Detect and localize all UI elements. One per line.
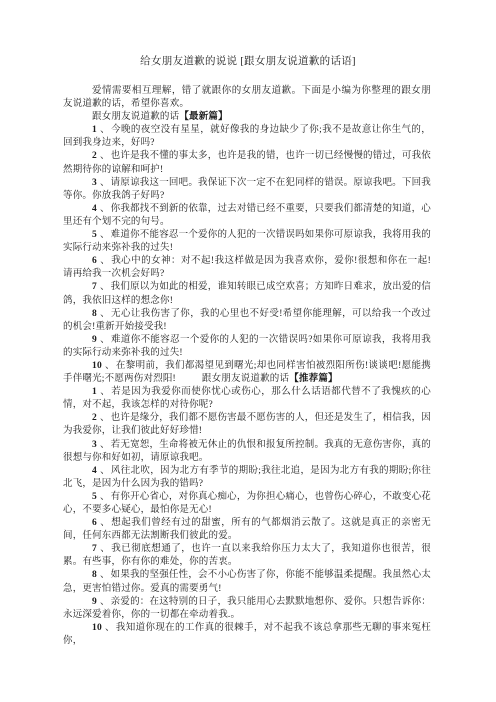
apology-item: 2、也许是我不懂的事太多，也许是我的错，也许一切已经慢慢的错过，可我依然期待你的… [63, 150, 431, 176]
item-text: 我知道你现在的工作真的很棘手，对不起我不该总拿那些无聊的事来冤枉你， [63, 623, 431, 646]
item-number: 7 [92, 544, 100, 554]
item-separator: 、 [100, 597, 111, 607]
item-number: 9 [92, 335, 100, 345]
section-heading-tag: 【推荐篇】 [289, 374, 338, 384]
apology-item: 10、在黎明前，我们都渴望见到曙光;却也同样害怕被烈阳所伤!谈谈吧!愿能携手伴曙… [63, 360, 431, 386]
section-heading-tag: 【最新篇】 [179, 112, 228, 122]
apology-item: 7、我们原以为如此的相爱，谁知转眼已成空欢喜；方知昨日难求，放出爱的信鸽，我依旧… [63, 281, 431, 307]
item-separator: 、 [100, 440, 111, 450]
item-number: 8 [92, 570, 100, 580]
document-page: 给女朋友道歉的说说 [跟女朋友说道歉的话语] 爱情需要相互理解，错了就跟你的女朋… [0, 0, 496, 702]
item-text: 请原谅我这一回吧。我保证下次一定不在犯同样的错误。原谅我吧。下回我等你。你放我鸽… [63, 178, 431, 201]
item-separator: 、 [100, 282, 111, 292]
item-separator: 、 [100, 413, 111, 423]
item-text: 若是因为我爱你而使你忧心或伤心，那么什么话语都代替不了我愧疚的心情，对不起，我该… [63, 387, 431, 410]
item-text: 我已彻底想通了，也许一直以来我给你压力太大了，我知道你也很苦，很累。有些事，你有… [63, 544, 431, 567]
item-number: 3 [92, 440, 100, 450]
item-number: 8 [92, 309, 100, 319]
item-text: 也许是缘分，我们都不愿伤害最不愿伤害的人，但还是发生了，相信我，因为我爱你，让我… [63, 413, 431, 436]
apology-item: 4、风往北吹，因为北方有季节的期盼;我往北追，是因为北方有我的期盼;你往北飞，是… [63, 465, 431, 491]
item-number: 6 [92, 256, 100, 266]
apology-item: 7、我已彻底想通了，也许一直以来我给你压力太大了，我知道你也很苦，很累。有些事，… [63, 543, 431, 569]
item-text: 难道你不能容忍一个爱你的人犯的一次错误吗如果你可原谅我，我将用我的实际行动来弥补… [63, 230, 431, 253]
item-number: 3 [92, 178, 100, 188]
intro-paragraph: 爱情需要相互理解，错了就跟你的女朋友道歉。下面是小编为你整理的跟女朋友说道歉的话… [63, 85, 431, 111]
item-separator: 、 [100, 466, 111, 476]
item-separator: 、 [100, 544, 111, 554]
apology-item: 10、我知道你现在的工作真的很棘手，对不起我不该总拿那些无聊的事来冤枉你， [63, 622, 431, 648]
apology-item: 9、亲爱的：在这特别的日子，我只能用心去默默地想你、爱你。只想告诉你：永远深爱着… [63, 596, 431, 622]
section-heading-text: 跟女朋友说道歉的话 [202, 374, 289, 384]
section-heading-text: 跟女朋友说道歉的话 [92, 112, 179, 122]
apology-item: 5、难道你不能容忍一个爱你的人犯的一次错误吗如果你可原谅我，我将用我的实际行动来… [63, 229, 431, 255]
item-number: 5 [92, 230, 100, 240]
item-separator: 、 [100, 204, 111, 214]
apology-item: 8、无心让我伤害了你，我的心里也不好受!希望你能理解，可以给我一个改过的机会!重… [63, 308, 431, 334]
item-text: 如果我的坚强任性，会不小心伤害了你，你能不能够温柔提醒。我虽然心太急，更害怕错过… [63, 570, 431, 593]
item-number: 1 [92, 125, 100, 135]
item-number: 5 [92, 492, 100, 502]
item-text: 也许是我不懂的事太多，也许是我的错，也许一切已经慢慢的错过，可我依然期待你的谅解… [63, 151, 431, 174]
item-separator: 、 [105, 361, 116, 371]
item-separator: 、 [100, 492, 111, 502]
item-separator: 、 [100, 151, 111, 161]
apology-item: 3、若无宽恕，生命将被无休止的仇恨和报复所控制。我真的无意伤害你，真的很想与你和… [63, 439, 431, 465]
item-separator: 、 [100, 570, 111, 580]
item-separator: 、 [100, 309, 111, 319]
item-text: 有你开心省心，对你真心痴心，为你担心痛心，也曾伤心碎心，不敢变心花心，不要多心疑… [63, 492, 431, 515]
item-text: 今晚的夜空没有星星，就好像我的身边缺少了你;我不是故意让你生气的，回到我身边来，… [63, 125, 431, 148]
item-separator: 、 [105, 623, 116, 633]
item-number: 1 [92, 387, 100, 397]
item-number: 10 [92, 361, 105, 371]
item-text: 若无宽恕，生命将被无休止的仇恨和报复所控制。我真的无意伤害你，真的很想与你和好如… [63, 440, 431, 463]
item-number: 10 [92, 623, 105, 633]
item-text: 想起我们曾经有过的甜蜜，所有的气都烟消云散了。这就是真正的亲密无间，任何东西都无… [63, 518, 431, 541]
apology-item: 6、想起我们曾经有过的甜蜜，所有的气都烟消云散了。这就是真正的亲密无间，任何东西… [63, 517, 431, 543]
item-number: 2 [92, 413, 100, 423]
item-text: 你我都找不到新的依靠，过去对错已经不重要，只要我们都清楚的知道，心里还有个划不完… [63, 204, 431, 227]
item-number: 6 [92, 518, 100, 528]
apology-item: 8、如果我的坚强任性，会不小心伤害了你，你能不能够温柔提醒。我虽然心太急，更害怕… [63, 569, 431, 595]
apology-item: 4、你我都找不到新的依靠，过去对错已经不重要，只要我们都清楚的知道，心里还有个划… [63, 203, 431, 229]
item-number: 2 [92, 151, 100, 161]
item-text: 亲爱的：在这特别的日子，我只能用心去默默地想你、爱你。只想告诉你：永远深爱着你，… [63, 597, 431, 620]
apology-item: 1、若是因为我爱你而使你忧心或伤心，那么什么话语都代替不了我愧疚的心情，对不起，… [63, 386, 431, 412]
item-number: 4 [92, 466, 100, 476]
item-separator: 、 [100, 335, 111, 345]
item-text: 我们原以为如此的相爱，谁知转眼已成空欢喜；方知昨日难求，放出爱的信鸽，我依旧这样… [63, 282, 431, 305]
document-title: 给女朋友道歉的说说 [跟女朋友说道歉的话语] [0, 55, 496, 68]
item-text: 难道你不能容忍一个爱你的人犯的一次错误吗?如果你可原谅我，我将用我的实际行动来弥… [63, 335, 431, 358]
item-separator: 、 [100, 518, 111, 528]
section-heading: 跟女朋友说道歉的话【最新篇】 [63, 111, 431, 124]
item-text: 风往北吹，因为北方有季节的期盼;我往北追，是因为北方有我的期盼;你往北飞，是因为… [63, 466, 431, 489]
item-separator: 、 [100, 125, 111, 135]
item-number: 9 [92, 597, 100, 607]
item-separator: 、 [100, 387, 111, 397]
item-text: 我心中的女神：对不起!我这样做是因为我喜欢你，爱你!很想和你在一起!请再给我一次… [63, 256, 431, 279]
apology-item: 9、难道你不能容忍一个爱你的人犯的一次错误吗?如果你可原谅我，我将用我的实际行动… [63, 334, 431, 360]
inline-section-heading: 跟女朋友说道歉的话【推荐篇】 [176, 374, 338, 384]
item-separator: 、 [100, 178, 111, 188]
item-number: 7 [92, 282, 100, 292]
apology-item: 3、请原谅我这一回吧。我保证下次一定不在犯同样的错误。原谅我吧。下回我等你。你放… [63, 177, 431, 203]
item-text: 无心让我伤害了你，我的心里也不好受!希望你能理解，可以给我一个改过的机会!重新开… [63, 309, 431, 332]
apology-item: 6、我心中的女神：对不起!我这样做是因为我喜欢你，爱你!很想和你在一起!请再给我… [63, 255, 431, 281]
apology-item: 1、今晚的夜空没有星星，就好像我的身边缺少了你;我不是故意让你生气的，回到我身边… [63, 124, 431, 150]
item-separator: 、 [100, 256, 111, 266]
apology-item: 5、有你开心省心，对你真心痴心，为你担心痛心，也曾伤心碎心，不敢变心花心，不要多… [63, 491, 431, 517]
document-body: 爱情需要相互理解，错了就跟你的女朋友道歉。下面是小编为你整理的跟女朋友说道歉的话… [63, 85, 431, 648]
apology-item: 2、也许是缘分，我们都不愿伤害最不愿伤害的人，但还是发生了，相信我，因为我爱你，… [63, 412, 431, 438]
item-separator: 、 [100, 230, 111, 240]
item-number: 4 [92, 204, 100, 214]
